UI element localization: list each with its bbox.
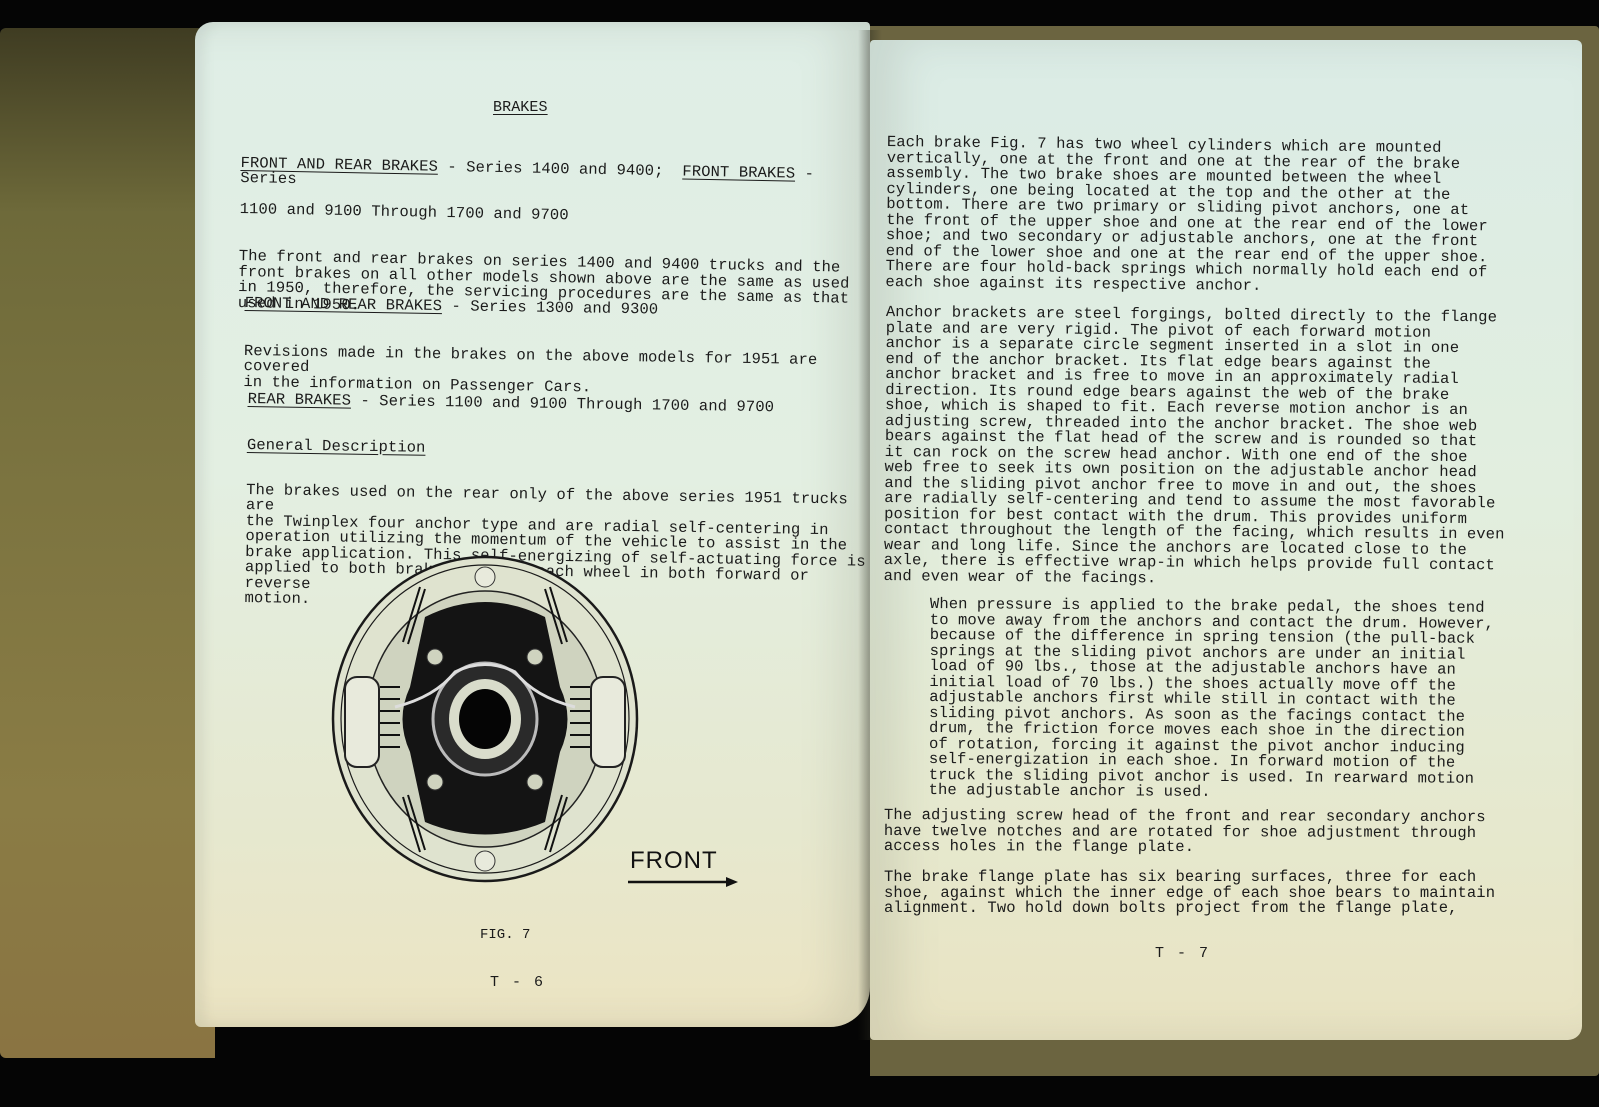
paragraph-wheel-cylinders: Each brake Fig. 7 has two wheel cylinder… [885,135,1587,297]
book-cover-left [0,28,215,1058]
heading-front-and-rear-brakes-1300: FRONT AND REAR BRAKES [245,293,443,314]
front-direction-label: FRONT [630,847,718,875]
front-arrow-icon [628,875,738,889]
page-title: BRAKES [493,100,548,116]
page-number-right: T - 7 [1155,945,1210,962]
heading-line2: 1100 and 9100 Through 1700 and 9700 [240,202,870,230]
paragraph-adjusting-screw: The adjusting screw head of the front an… [884,808,1584,857]
right-page: Each brake Fig. 7 has two wheel cylinder… [870,40,1582,1040]
heading-series-rear: - Series 1100 and 9100 Through 1700 and … [351,391,774,416]
figure-caption: FIG. 7 [480,927,530,943]
paragraph-brake-pedal-pressure: When pressure is applied to the brake pe… [929,597,1590,803]
brake-assembly-illustration [325,547,645,887]
heading-series-1300: - Series 1300 and 9300 [442,297,659,318]
page-number-left: T - 6 [490,974,545,991]
heading-rear-brakes: REAR BRAKES [248,389,352,409]
heading-series-text: - Series 1400 and 9400; [438,157,683,180]
left-page: BRAKES FRONT AND REAR BRAKES - Series 14… [195,22,870,1027]
heading-front-brakes: FRONT BRAKES [682,162,795,182]
paragraph-anchor-brackets: Anchor brackets are steel forgings, bolt… [884,305,1586,590]
paragraph-flange-plate: The brake flange plate has six bearing s… [884,870,1584,917]
subheading-general-description: General Description [247,437,877,462]
